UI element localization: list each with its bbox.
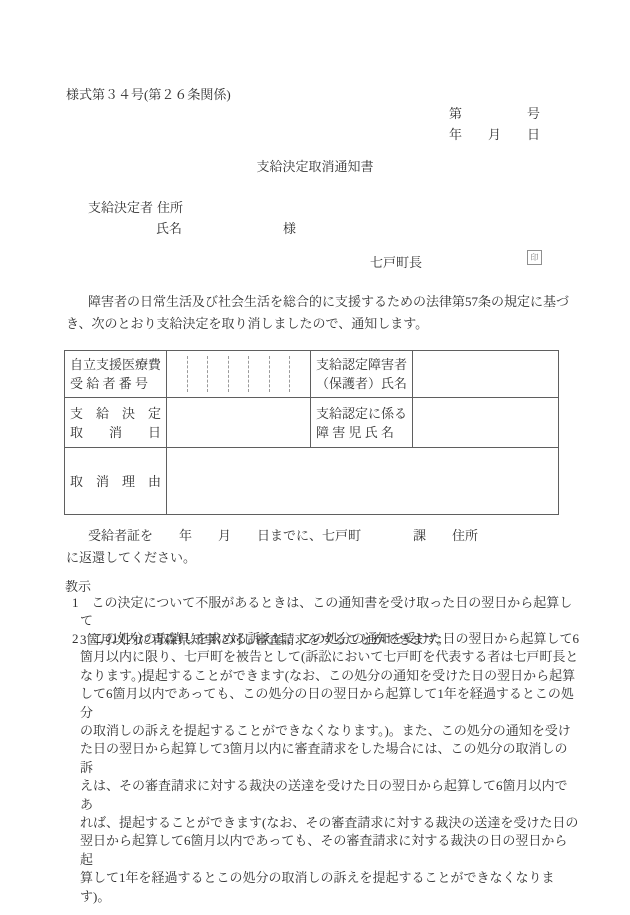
cancel-reason-value-cell	[167, 448, 559, 515]
certified-person-value-cell	[413, 351, 559, 398]
recipient-number-label-cell: 自立支援医療費 受 給 者 番 号	[65, 351, 167, 398]
table-row: 支 給 決 定 取 消 日 支給認定に係る 障 害 児 氏 名	[65, 398, 559, 448]
form-table: 自立支援医療費 受 給 者 番 号 支給認定障害者 （保護者）氏名 支 給 決 …	[64, 350, 559, 515]
digit-box	[187, 356, 208, 392]
child-name-label-cell: 支給認定に係る 障 害 児 氏 名	[311, 398, 413, 448]
digit-box	[269, 356, 290, 392]
digit-box	[248, 356, 269, 392]
document-page: 様式第３４号(第２６条関係) 第 号 年 月 日 支給決定取消通知書 支給決定者…	[0, 0, 630, 915]
digit-box	[228, 356, 249, 392]
official-seal-placeholder: 印	[527, 250, 542, 265]
digit-box	[289, 356, 310, 392]
child-name-value-cell	[413, 398, 559, 448]
recipient-line-1: 支給決定者住所	[88, 197, 183, 216]
cancel-reason-label-cell: 取 消 理 由	[65, 448, 167, 515]
recipient-honorific: 様	[283, 221, 296, 236]
table-row: 取 消 理 由	[65, 448, 559, 515]
cancel-date-label-cell: 支 給 決 定 取 消 日	[65, 398, 167, 448]
cancel-date-value-cell	[167, 398, 311, 448]
return-note-paragraph: 受給者証を 年 月 日までに、七戸町 課 住所 に返還してください。	[66, 525, 478, 569]
digit-compartments	[167, 353, 310, 395]
document-number-line: 第 号	[449, 103, 540, 122]
form-number: 様式第３４号(第２６条関係)	[66, 84, 231, 103]
document-title: 支給決定取消通知書	[0, 156, 630, 175]
kyoji-heading: 教示	[65, 576, 91, 595]
certified-person-label-cell: 支給認定障害者 （保護者）氏名	[311, 351, 413, 398]
kyoji-item-2: 2 この処分の取消しを求める訴えは、この処分の通知を受けた日の翌日から起算して6…	[80, 630, 580, 906]
digit-box	[167, 356, 187, 392]
recipient-name-label: 氏名	[156, 221, 182, 236]
recipient-role-label: 支給決定者	[88, 200, 153, 215]
recipient-line-2: 氏名様	[88, 218, 296, 237]
recipient-number-value-cell	[167, 351, 311, 398]
intro-paragraph: 障害者の日常生活及び社会生活を総合的に支援するための法律第57条の規定に基づ き…	[66, 291, 569, 335]
recipient-address-label: 住所	[157, 200, 183, 215]
document-date-line: 年 月 日	[449, 124, 540, 143]
issuer-name: 七戸町長	[370, 252, 422, 271]
seal-character: 印	[531, 254, 539, 262]
table-row: 自立支援医療費 受 給 者 番 号 支給認定障害者 （保護者）氏名	[65, 351, 559, 398]
digit-box	[207, 356, 228, 392]
